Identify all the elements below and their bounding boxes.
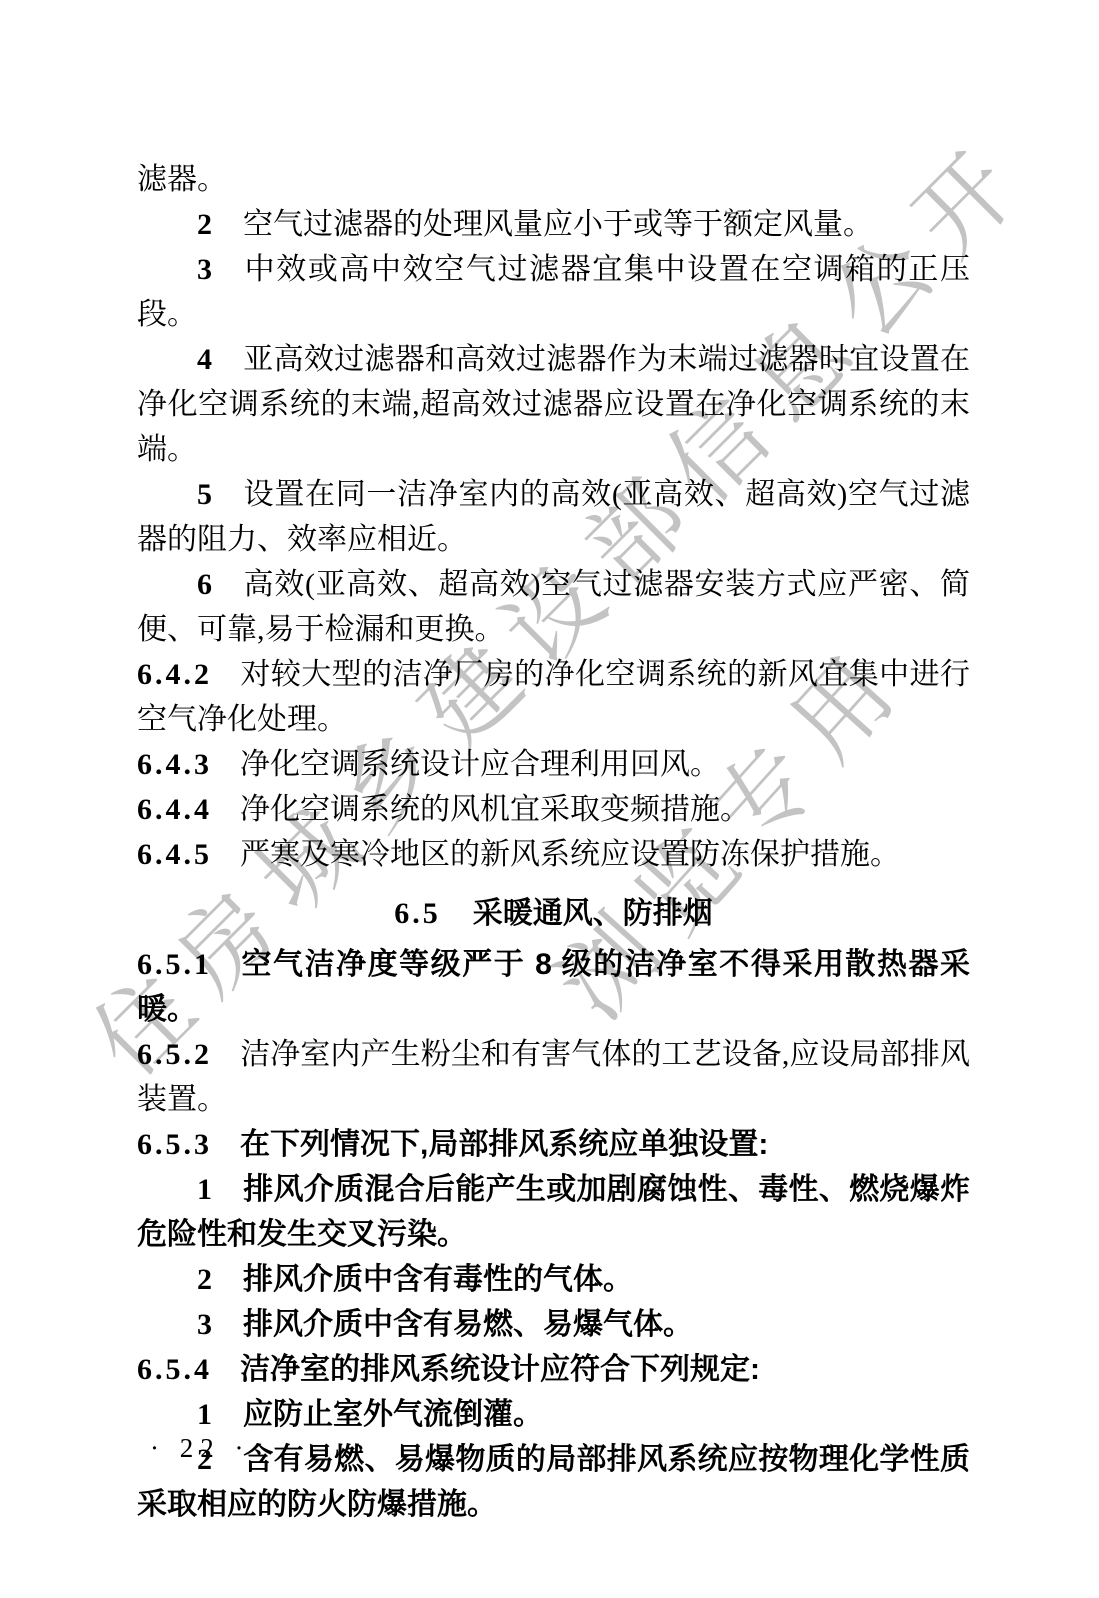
- clause-text: 对较大型的洁净厂房的净化空调系统的新风宜集中进行空气净化处理。: [137, 658, 970, 736]
- clause-text: 净化空调系统设计应合理利用回风。: [240, 748, 720, 781]
- clause-text: 在下列情况下,局部排风系统应单独设置:: [240, 1128, 768, 1161]
- clause-text: 空气洁净度等级严于 8 级的洁净室不得采用散热器采暖。: [137, 948, 970, 1026]
- item-number: 3: [197, 253, 215, 286]
- item-6-4-1-6: 6高效(亚高效、超高效)空气过滤器安装方式应严密、简便、可靠,易于检漏和更换。: [137, 562, 970, 652]
- clause-6-5-3-item-3: 3排风介质中含有易燃、易爆气体。: [137, 1302, 970, 1347]
- item-text: 排风介质中含有易燃、易爆气体。: [243, 1308, 693, 1341]
- item-number: 2: [197, 1263, 215, 1296]
- item-number: 6: [197, 568, 215, 601]
- clause-number: 6.4.3: [137, 748, 212, 781]
- item-number: 4: [197, 343, 215, 376]
- item-6-4-1-5: 5设置在同一洁净室内的高效(亚高效、超高效)空气过滤器的阻力、效率应相近。: [137, 472, 970, 562]
- clause-6-4-2: 6.4.2对较大型的洁净厂房的净化空调系统的新风宜集中进行空气净化处理。: [137, 652, 970, 742]
- section-heading: 6.5采暖通风、防排烟: [137, 891, 970, 936]
- item-text: 排风介质混合后能产生或加剧腐蚀性、毒性、燃烧爆炸危险性和发生交叉污染。: [137, 1173, 970, 1251]
- item-number: 1: [197, 1398, 215, 1431]
- clause-6-4-4: 6.4.4净化空调系统的风机宜采取变频措施。: [137, 787, 970, 832]
- clause-6-5-3-item-2: 2排风介质中含有毒性的气体。: [137, 1257, 970, 1302]
- clause-number: 6.5.3: [137, 1128, 212, 1161]
- clause-number: 6.5.4: [137, 1353, 212, 1386]
- section-title: 采暖通风、防排烟: [473, 897, 713, 930]
- item-6-4-1-3: 3中效或高中效空气过滤器宜集中设置在空调箱的正压段。: [137, 247, 970, 337]
- clause-6-5-4-item-1: 1应防止室外气流倒灌。: [137, 1392, 970, 1437]
- item-text: 空气过滤器的处理风量应小于或等于额定风量。: [243, 208, 873, 241]
- clause-number: 6.5.1: [137, 948, 212, 981]
- item-text: 中效或高中效空气过滤器宜集中设置在空调箱的正压段。: [137, 253, 970, 331]
- clause-6-5-2: 6.5.2洁净室内产生粉尘和有害气体的工艺设备,应设局部排风装置。: [137, 1032, 970, 1122]
- clause-text: 洁净室内产生粉尘和有害气体的工艺设备,应设局部排风装置。: [137, 1038, 970, 1116]
- clause-6-5-4: 6.5.4洁净室的排风系统设计应符合下列规定:: [137, 1347, 970, 1392]
- clause-text: 洁净室的排风系统设计应符合下列规定:: [240, 1353, 760, 1386]
- item-text: 设置在同一洁净室内的高效(亚高效、超高效)空气过滤器的阻力、效率应相近。: [137, 478, 970, 556]
- item-number: 2: [197, 208, 215, 241]
- clause-number: 6.5.2: [137, 1038, 212, 1071]
- clause-number: 6.4.5: [137, 838, 212, 871]
- para-continuation: 滤器。: [137, 157, 970, 202]
- text-block: 滤器。 2空气过滤器的处理风量应小于或等于额定风量。 3中效或高中效空气过滤器宜…: [137, 157, 970, 1527]
- clause-6-5-1: 6.5.1空气洁净度等级严于 8 级的洁净室不得采用散热器采暖。: [137, 942, 970, 1032]
- item-6-4-1-2: 2空气过滤器的处理风量应小于或等于额定风量。: [137, 202, 970, 247]
- clause-6-5-4-item-2: 2含有易燃、易爆物质的局部排风系统应按物理化学性质采取相应的防火防爆措施。: [137, 1437, 970, 1527]
- clause-6-4-3: 6.4.3净化空调系统设计应合理利用回风。: [137, 742, 970, 787]
- clause-6-5-3: 6.5.3在下列情况下,局部排风系统应单独设置:: [137, 1122, 970, 1167]
- clause-text: 净化空调系统的风机宜采取变频措施。: [240, 793, 750, 826]
- page-number: · 22 ·: [150, 1433, 250, 1464]
- item-number: 3: [197, 1308, 215, 1341]
- item-6-4-1-4: 4亚高效过滤器和高效过滤器作为末端过滤器时宜设置在净化空调系统的末端,超高效过滤…: [137, 337, 970, 472]
- section-number: 6.5: [394, 897, 441, 930]
- clause-text: 严寒及寒冷地区的新风系统应设置防冻保护措施。: [240, 838, 900, 871]
- item-text: 亚高效过滤器和高效过滤器作为末端过滤器时宜设置在净化空调系统的末端,超高效过滤器…: [137, 343, 970, 466]
- clause-6-5-3-item-1: 1排风介质混合后能产生或加剧腐蚀性、毒性、燃烧爆炸危险性和发生交叉污染。: [137, 1167, 970, 1257]
- item-text: 高效(亚高效、超高效)空气过滤器安装方式应严密、简便、可靠,易于检漏和更换。: [137, 568, 970, 646]
- clause-number: 6.4.4: [137, 793, 212, 826]
- item-number: 5: [197, 478, 215, 511]
- clause-6-4-5: 6.4.5严寒及寒冷地区的新风系统应设置防冻保护措施。: [137, 832, 970, 877]
- item-number: 1: [197, 1173, 215, 1206]
- clause-number: 6.4.2: [137, 658, 212, 691]
- item-text: 排风介质中含有毒性的气体。: [243, 1263, 633, 1296]
- item-text: 应防止室外气流倒灌。: [243, 1398, 543, 1431]
- document-page: 住房城乡建设部信息公开 浏览专用 滤器。 2空气过滤器的处理风量应小于或等于额定…: [0, 0, 1099, 1598]
- item-text: 含有易燃、易爆物质的局部排风系统应按物理化学性质采取相应的防火防爆措施。: [137, 1443, 970, 1521]
- clause-text: 滤器。: [137, 163, 227, 196]
